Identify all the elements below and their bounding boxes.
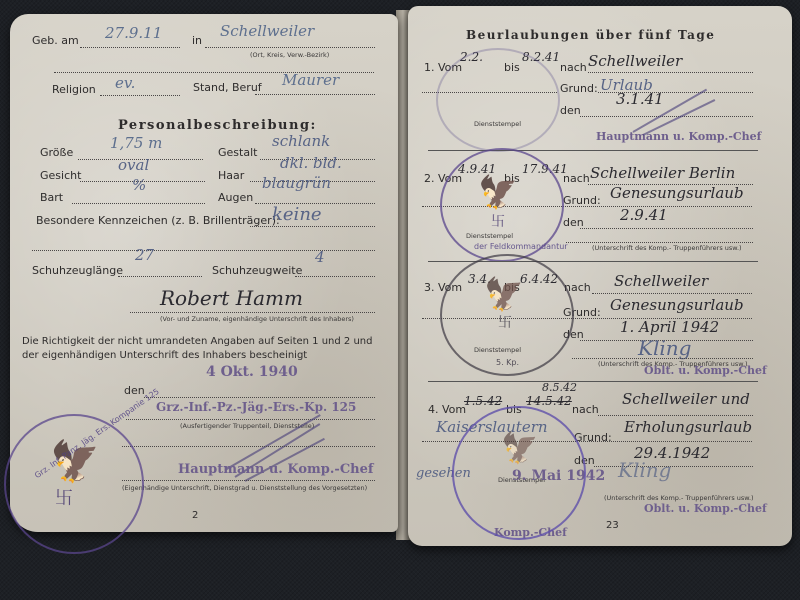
entry-4-dest-line — [598, 415, 753, 416]
rank-line — [122, 480, 375, 481]
shoe-length-value: 27 — [135, 246, 154, 264]
entry-4-to-corrected: 8.5.42 — [542, 381, 577, 394]
entry-1-grund-label: Grund: — [560, 82, 598, 95]
section-title: Personalbeschreibung: — [118, 118, 317, 133]
profession-value: Maurer — [282, 71, 339, 89]
certification-line-2: der eigenhändigen Unterschrift des Inhab… — [22, 350, 307, 361]
entry-3-seal-text: 5. Kp. — [496, 358, 519, 367]
build-value: schlank — [272, 132, 330, 150]
height-label: Größe — [40, 146, 73, 159]
entry-4-grund-label: Grund: — [574, 431, 612, 444]
entry-1-divider — [428, 150, 758, 151]
marks-label: Besondere Kennzeichen (z. B. Brillenträg… — [36, 214, 280, 227]
hair-value: dkl. bld. — [280, 154, 342, 172]
born-value: 27.9.11 — [105, 24, 162, 42]
profession-line — [255, 94, 375, 95]
entry-4-reason: Erholungsurlaub — [624, 418, 752, 436]
eyes-value: blaugrün — [262, 174, 331, 192]
eagle-emblem-icon: 🦅 — [490, 434, 550, 464]
entry-4-number: 4. Vom — [428, 403, 466, 416]
eagle-emblem-icon: 🦅 — [468, 176, 528, 208]
entry-3-date: 1. April 1942 — [620, 318, 719, 336]
profession-label: Stand, Beruf — [193, 81, 262, 94]
entry-2-signature-line — [566, 242, 753, 243]
entry-2-nach: nach — [563, 172, 590, 185]
entry-4-signature-caption: (Unterschrift des Komp.- Truppenführers … — [604, 494, 754, 502]
page-number-left: 2 — [192, 510, 198, 521]
build-label: Gestalt — [218, 146, 257, 159]
beard-label: Bart — [40, 191, 63, 204]
owner-signature: Robert Hamm — [160, 286, 303, 310]
in-line — [205, 47, 375, 48]
height-value: 1,75 m — [110, 134, 162, 152]
face-label: Gesicht — [40, 169, 81, 182]
entry-3-destination: Schellweiler — [614, 272, 708, 290]
shoe-width-line — [295, 276, 375, 277]
shoe-length-label: Schuhzeuglänge — [32, 264, 123, 277]
religion-line — [100, 95, 180, 96]
entry-2-reason: Genesungsurlaub — [610, 184, 744, 202]
entry-1-date: 3.1.41 — [616, 90, 664, 108]
in-label: in — [192, 34, 202, 47]
eagle-emblem-icon: 🦅 — [474, 278, 534, 310]
seal-emblem-icon: 卐 — [491, 211, 505, 231]
entry-4-to: 14.5.42 — [526, 394, 572, 408]
rank-stamp: Hauptmann u. Komp.-Chef — [178, 462, 373, 477]
signature-line — [130, 312, 375, 313]
entry-1-date-line — [580, 116, 753, 117]
left-page: Geb. am 27.9.11 in Schellweiler (Ort, Kr… — [10, 14, 398, 532]
entry-3-divider — [428, 381, 758, 382]
marks-line — [250, 226, 375, 227]
entry-4-from: 1.5.42 — [464, 394, 502, 408]
entry-1-destination: Schellweiler — [588, 52, 682, 70]
entry-4-officer-signature: Kling — [618, 458, 671, 482]
entry-4-destination: Schellweiler und — [622, 390, 750, 408]
entry-3-reason: Genesungsurlaub — [610, 296, 744, 314]
born-label: Geb. am — [32, 34, 79, 47]
entry-3-officer-signature: Kling — [638, 336, 691, 360]
entry-4-stamp: Oblt. u. Komp.-Chef — [644, 502, 767, 515]
in-value: Schellweiler — [220, 22, 314, 40]
seal-emblem-icon: 卐 — [55, 484, 73, 510]
religion-value: ev. — [115, 74, 135, 92]
beard-value: % — [132, 176, 146, 194]
marks-value: keine — [272, 204, 322, 225]
date-stamp: 4 Okt. 1940 — [206, 364, 298, 380]
beard-line — [72, 203, 205, 204]
entry-2-signature-caption: (Unterschrift des Komp.- Truppenführers … — [592, 244, 742, 252]
page-number-right: 23 — [606, 520, 619, 531]
entry-1-stamp: Hauptmann u. Komp.-Chef — [596, 130, 761, 143]
entry-2-date: 2.9.41 — [620, 206, 668, 224]
eyes-label: Augen — [218, 191, 253, 204]
hair-label: Haar — [218, 169, 244, 182]
entry-3-dest-line — [592, 293, 752, 294]
shoe-width-value: 4 — [315, 248, 325, 266]
rank-caption: (Eigenhändige Unterschrift, Dienstgrad u… — [122, 484, 367, 492]
leave-title: Beurlaubungen über fünf Tage — [466, 28, 715, 42]
religion-label: Religion — [52, 83, 96, 96]
entry-2-seal-text: der Feldkommandantur — [474, 242, 568, 251]
signature-caption: (Vor- und Zuname, eigenhändige Unterschr… — [160, 315, 354, 323]
den-line — [144, 397, 375, 398]
entry-1-den-label: den — [560, 104, 581, 117]
entry-4-nach: nach — [572, 403, 599, 416]
entry-4-seal — [452, 406, 586, 540]
entry-1-nach: nach — [560, 61, 587, 74]
entry-2-destination: Schellweiler Berlin — [590, 164, 735, 182]
right-page: Beurlaubungen über fünf Tage 1. Vom 2.2.… — [408, 6, 792, 546]
unit-line — [126, 419, 375, 420]
certification-line-1: Die Richtigkeit der nicht umrandeten Ang… — [22, 336, 372, 347]
entry-3-stamp: Oblt. u. Komp.-Chef — [644, 364, 767, 377]
face-value: oval — [118, 156, 149, 174]
shoe-width-label: Schuhzeugweite — [212, 264, 302, 277]
entry-3-signature-line — [572, 358, 753, 359]
unit-stamp: Grz.-Inf.-Pz.-Jäg.-Ers.-Kp. 125 — [156, 400, 356, 414]
entry-1-dest-line — [588, 72, 753, 73]
signature-line-officer — [122, 446, 375, 447]
place-caption: (Ort, Kreis, Verw.-Bezirk) — [250, 51, 329, 59]
seal-emblem-icon: 卐 — [498, 312, 512, 332]
born-line — [80, 47, 180, 48]
entry-1-seal — [436, 48, 560, 152]
shoe-length-line — [118, 276, 202, 277]
entry-2-date-line — [580, 228, 753, 229]
